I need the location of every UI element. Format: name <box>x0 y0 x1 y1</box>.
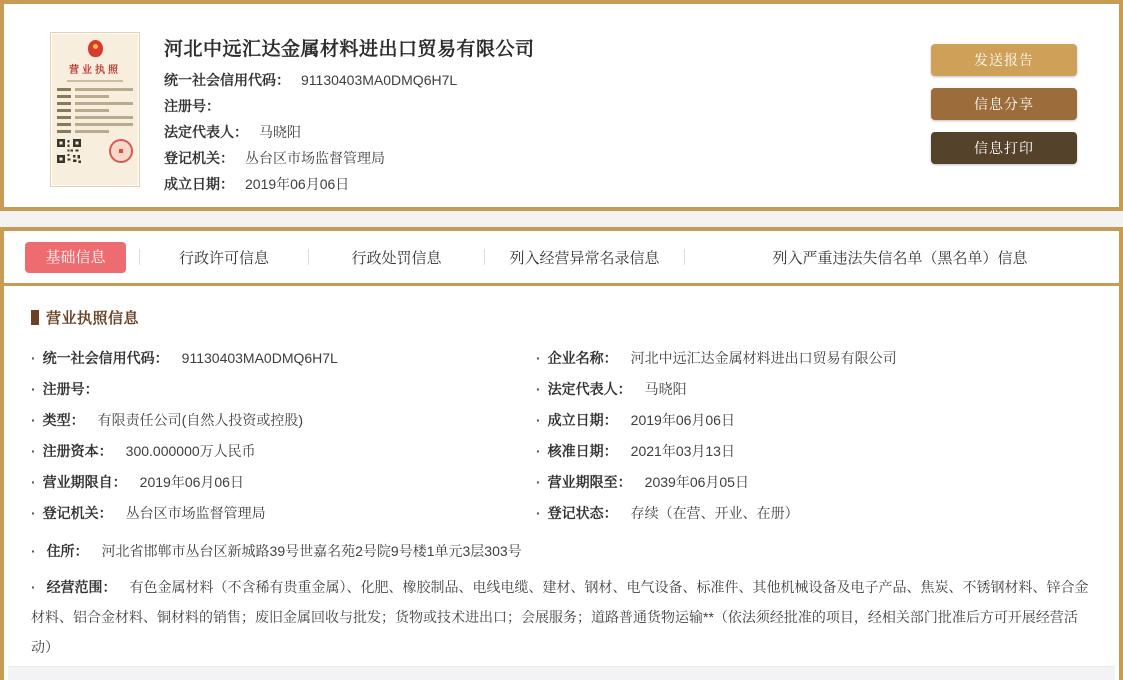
share-info-button[interactable]: 信息分享 <box>931 88 1077 120</box>
field-company-name: 企业名称：河北中远汇达金属材料进出口贸易有限公司 <box>536 348 1092 368</box>
header-field-reg-number: 注册号： <box>164 96 894 113</box>
tab-admin-license[interactable]: 行政许可信息 <box>140 247 308 268</box>
license-info-grid: 统一社会信用代码：91130403MA0DMQ6H7L 注册号： 类型：有限责任… <box>31 342 1092 528</box>
field-company-type: 类型：有限责任公司(自然人投资或控股) <box>31 410 536 430</box>
tab-blacklist[interactable]: 列入严重违法失信名单（黑名单）信息 <box>685 247 1115 268</box>
business-license-image[interactable]: 营业执照 <box>50 32 140 187</box>
field-registered-capital: 注册资本：300.000000万人民币 <box>31 441 536 461</box>
field-business-scope: 经营范围：有色金属材料（不含稀有贵重金属）、化肥、橡胶制品、电线电缆、建材、钢材… <box>31 572 1092 662</box>
license-text-lines <box>57 88 133 133</box>
field-approval-date: 核准日期：2021年03月13日 <box>536 441 1092 461</box>
company-name-title: 河北中远汇达金属材料进出口贸易有限公司 <box>164 34 894 61</box>
header-action-buttons: 发送报告 信息分享 信息打印 <box>931 44 1077 164</box>
basic-info-content: 营业执照信息 统一社会信用代码：91130403MA0DMQ6H7L 注册号： … <box>4 286 1119 662</box>
tab-basic-info[interactable]: 基础信息 <box>25 242 126 273</box>
field-address: 住所：河北省邯郸市丛台区新城路39号世嘉名苑2号院9号楼1单元3层303号 <box>31 536 1092 566</box>
field-establish-date: 成立日期：2019年06月06日 <box>536 410 1092 430</box>
tab-admin-penalty[interactable]: 行政处罚信息 <box>309 247 484 268</box>
field-reg-number: 注册号： <box>31 379 536 399</box>
header-field-credit-code: 统一社会信用代码：91130403MA0DMQ6H7L <box>164 70 894 87</box>
header-field-legal-rep: 法定代表人：马晓阳 <box>164 122 894 139</box>
field-reg-authority: 登记机关：丛台区市场监督管理局 <box>31 503 536 523</box>
send-report-button[interactable]: 发送报告 <box>931 44 1077 76</box>
field-reg-status: 登记状态：存续（在营、开业、在册） <box>536 503 1092 523</box>
section-header: 营业执照信息 <box>31 307 1092 328</box>
field-term-from: 营业期限自：2019年06月06日 <box>31 472 536 492</box>
header-field-reg-authority: 登记机关：丛台区市场监督管理局 <box>164 148 894 165</box>
red-seal-icon <box>109 139 133 163</box>
print-info-button[interactable]: 信息打印 <box>931 132 1077 164</box>
company-header-panel: 营业执照 <box>0 0 1123 211</box>
field-term-to: 营业期限至：2039年06月05日 <box>536 472 1092 492</box>
section-bar-icon <box>31 310 39 325</box>
field-legal-rep: 法定代表人：马晓阳 <box>536 379 1092 399</box>
qr-code-icon <box>57 139 81 163</box>
field-credit-code: 统一社会信用代码：91130403MA0DMQ6H7L <box>31 348 536 368</box>
bottom-scroll-strip[interactable] <box>8 666 1115 680</box>
license-subtitle-line <box>67 80 123 82</box>
tab-abnormal-operation[interactable]: 列入经营异常名录信息 <box>485 247 684 268</box>
tab-bar: 基础信息 行政许可信息 行政处罚信息 列入经营异常名录信息 列入严重违法失信名单… <box>4 231 1119 283</box>
company-detail-panel: 基础信息 行政许可信息 行政处罚信息 列入经营异常名录信息 列入严重违法失信名单… <box>0 227 1123 680</box>
header-field-establish-date: 成立日期：2019年06月06日 <box>164 174 894 191</box>
national-emblem-icon <box>88 40 103 57</box>
license-thumb-title: 营业执照 <box>69 61 121 76</box>
section-title: 营业执照信息 <box>46 307 139 328</box>
